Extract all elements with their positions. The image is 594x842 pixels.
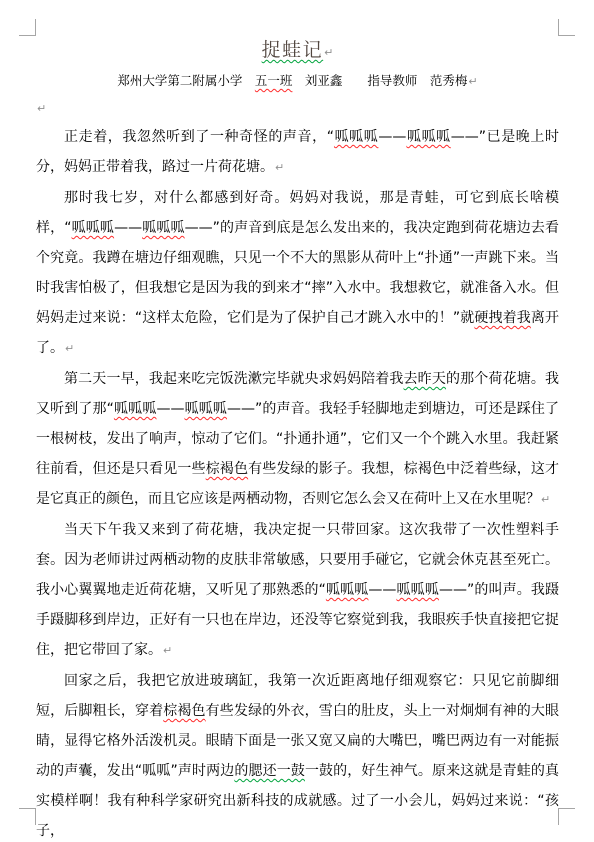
paragraph-3[interactable]: 第二天一早，我起来吃完饭洗漱完毕就央求妈妈陪着我去昨天的那个荷花塘。我又听到了那… — [36, 364, 559, 515]
paragraph-mark-icon: ↵ — [540, 493, 550, 506]
paragraph-4[interactable]: 当天下午我又来到了荷花塘，我决定捉一只带回家。这次我带了一次性塑料手套。因为老师… — [36, 515, 559, 666]
text-segment: —— — [114, 220, 142, 236]
byline-line[interactable]: 郑州大学第二附属小学 五一班 刘亚鑫 指导教师 范秀梅↵ — [36, 68, 559, 95]
spelling-error-text: 棕褐色 — [163, 703, 205, 719]
spelling-error-text: 呱呱呱 — [334, 129, 378, 145]
text-boundary-mark-top-left — [19, 19, 36, 36]
spelling-error-text: 呱呱呱 — [142, 220, 185, 236]
spelling-error-text: 硬拽着我 — [474, 310, 531, 326]
paragraph-2[interactable]: 那时我七岁，对什么都感到好奇。妈妈对我说，那是青蛙，可它到底长啥模样，“呱呱呱—… — [36, 183, 559, 364]
paragraph-mark-icon: ↵ — [162, 644, 172, 657]
spelling-error-text: 呱呱呱 — [326, 582, 369, 598]
paragraph-5[interactable]: 回家之后，我把它放进玻璃缸，我第一次近距离地仔细观察它：只见它前脚细短，后脚粗长… — [36, 666, 559, 842]
text-segment: 正走着，我忽然听到了一种奇怪的声音，“ — [64, 129, 334, 145]
text-segment: —— — [368, 582, 396, 598]
paragraph-mark-icon: ↵ — [467, 75, 477, 88]
text-segment: —— — [156, 401, 184, 417]
text-segment: 第二天一早，我起来吃完饭洗漱完毕就央求妈妈陪着我 — [64, 371, 404, 387]
grammar-error-text: 的腮还一鼓 — [234, 763, 305, 779]
paragraph-1[interactable]: 正走着，我忽然听到了一种奇怪的声音，“呱呱呱——呱呱呱——”已是晚上时分，妈妈正… — [36, 122, 559, 183]
paragraph-mark-icon: ↵ — [36, 102, 46, 115]
spelling-error-text: 呱呱呱 — [114, 401, 157, 417]
spelling-error-text: 呱呱呱 — [406, 129, 450, 145]
spelling-error-text: 棕褐色 — [206, 461, 248, 477]
text-area[interactable]: 捉蛙记↵郑州大学第二附属小学 五一班 刘亚鑫 指导教师 范秀梅↵↵正走着，我忽然… — [36, 35, 559, 842]
grammar-error-text: 去昨天 — [404, 371, 446, 387]
text-segment: 刘亚鑫 指导教师 范秀梅 — [292, 73, 467, 88]
document-title[interactable]: 捉蛙记↵ — [36, 35, 559, 68]
paragraph-mark-icon: ↵ — [323, 46, 333, 59]
text-boundary-mark-bottom-left — [19, 808, 36, 825]
spelling-error-text: 呱呱呱 — [72, 220, 115, 236]
grammar-error-text: 捉蛙记 — [262, 39, 324, 61]
spelling-error-text: 五一班 — [255, 73, 293, 88]
text-segment: —— — [378, 129, 406, 145]
document-page: 捉蛙记↵郑州大学第二附属小学 五一班 刘亚鑫 指导教师 范秀梅↵↵正走着，我忽然… — [0, 0, 594, 842]
spelling-error-text: 呱呱呱 — [396, 582, 439, 598]
text-boundary-mark-top-right — [558, 19, 575, 36]
paragraph-mark-icon: ↵ — [274, 161, 284, 174]
text-boundary-mark-bottom-right — [558, 808, 575, 825]
empty-line[interactable]: ↵ — [36, 95, 559, 122]
spelling-error-text: 呱呱呱 — [184, 401, 227, 417]
paragraph-mark-icon: ↵ — [64, 342, 74, 355]
text-segment: 郑州大学第二附属小学 — [117, 73, 255, 88]
